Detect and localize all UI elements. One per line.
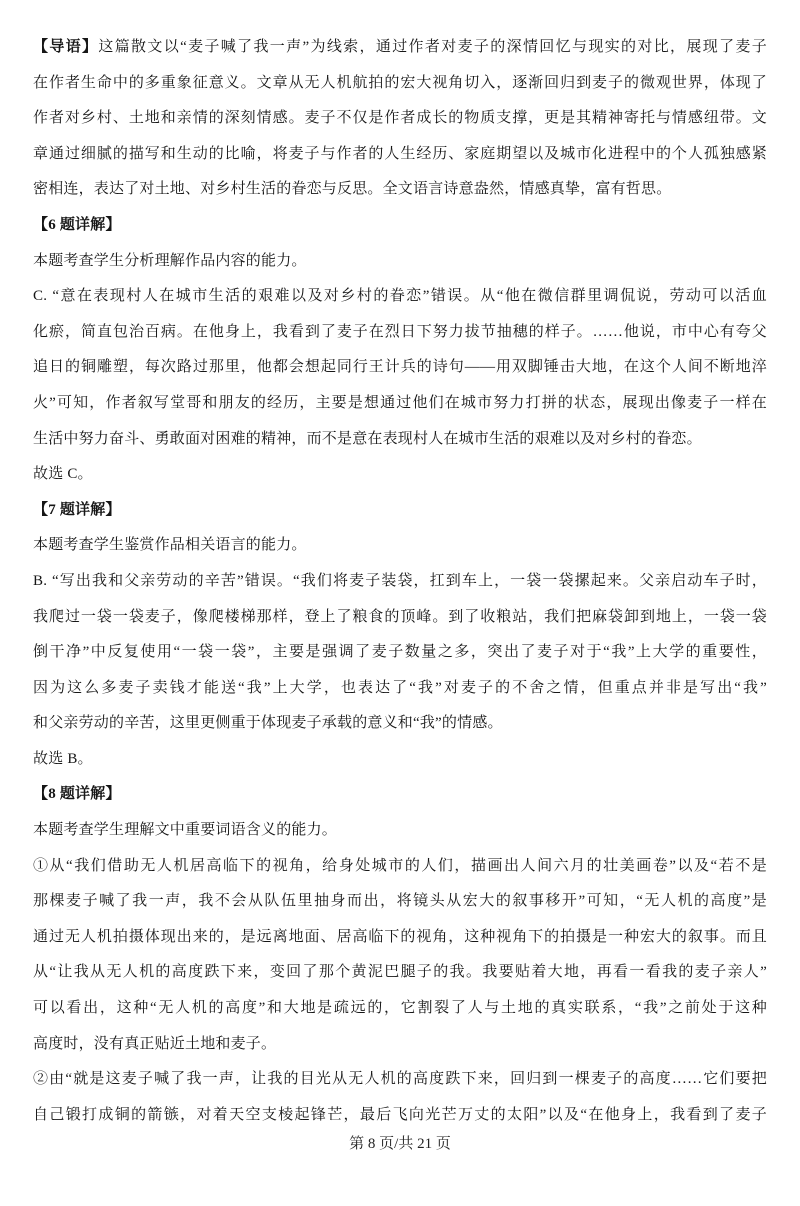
text-line: 从“让我从无人机的高度跌下来，变回了那个黄泥巴腿子的我。我要贴着大地，再看一看我… — [33, 955, 767, 991]
text-line: 故选 C。 — [33, 457, 767, 493]
text-line: 可以看出，这种“无人机的高度”和大地是疏远的，它割裂了人与土地的真实联系，“我”… — [33, 991, 767, 1027]
text-line: 高度时，没有真正贴近土地和麦子。 — [33, 1027, 767, 1063]
paragraph-q7-ability: 本题考查学生鉴赏作品相关语言的能力。 — [33, 528, 767, 564]
text-line: 生活中努力奋斗、勇敢面对困难的精神，而不是意在表现村人在城市生活的艰难以及对乡村… — [33, 422, 767, 458]
paragraph-q7-analysis: B. “写出我和父亲劳动的辛苦”错误。“我们将麦子装袋，扛到车上，一袋一袋摞起来… — [33, 564, 767, 742]
text-line: 【7 题详解】 — [33, 493, 767, 529]
text-line: 倒干净”中反复使用“一袋一袋”，主要是强调了麦子数量之多，突出了麦子对于“我”上… — [33, 635, 767, 671]
text-line: ②由“就是这麦子喊了我一声，让我的目光从无人机的高度跌下来，回归到一棵麦子的高度… — [33, 1062, 767, 1098]
paragraph-q6-heading: 【6 题详解】 — [33, 208, 767, 244]
text-line: 和父亲劳动的辛苦，这里更侧重于体现麦子承载的意义和“我”的情感。 — [33, 706, 767, 742]
paragraph-q7-answer: 故选 B。 — [33, 742, 767, 778]
paragraph-q8-point2: ②由“就是这麦子喊了我一声，让我的目光从无人机的高度跌下来，回归到一棵麦子的高度… — [33, 1062, 767, 1133]
text-line: 作者对乡村、土地和亲情的深刻情感。麦子不仅是作者成长的物质支撑，更是其精神寄托与… — [33, 101, 767, 137]
text-line: 追日的铜雕塑，每次路过那里，他都会想起同行王计兵的诗句——用双脚锤击大地，在这个… — [33, 350, 767, 386]
text-line: 本题考查学生鉴赏作品相关语言的能力。 — [33, 528, 767, 564]
text-line: 自己锻打成铜的箭镞，对着天空支棱起锋芒，最后飞向光芒万丈的太阳”以及“在他身上，… — [33, 1098, 767, 1134]
page-content: 【导语】这篇散文以“麦子喊了我一声”为线索，通过作者对麦子的深情回忆与现实的对比… — [33, 30, 767, 1133]
text-line: 密相连，表达了对土地、对乡村生活的眷恋与反思。全文语言诗意盎然，情感真挚，富有哲… — [33, 172, 767, 208]
paragraph-q8-ability: 本题考查学生理解文中重要词语含义的能力。 — [33, 813, 767, 849]
text-line: 通过无人机拍摄体现出来的，是远离地面、居高临下的视角，这种视角下的拍摄是一种宏大… — [33, 920, 767, 956]
paragraph-q8-point1: ①从“我们借助无人机居高临下的视角，给身处城市的人们，描画出人间六月的壮美画卷”… — [33, 849, 767, 1063]
text-line: ①从“我们借助无人机居高临下的视角，给身处城市的人们，描画出人间六月的壮美画卷”… — [33, 849, 767, 885]
text-line: 章通过细腻的描写和生动的比喻，将麦子与作者的人生经历、家庭期望以及城市化进程中的… — [33, 137, 767, 173]
text-line: 本题考查学生分析理解作品内容的能力。 — [33, 244, 767, 280]
text-line: 化瘀，简直包治百病。在他身上，我看到了麦子在烈日下努力拔节抽穗的样子。……他说，… — [33, 315, 767, 351]
text-line: C. “意在表现村人在城市生活的艰难以及对乡村的眷恋”错误。从“他在微信群里调侃… — [33, 279, 767, 315]
text-line: 【导语】这篇散文以“麦子喊了我一声”为线索，通过作者对麦子的深情回忆与现实的对比… — [33, 30, 767, 66]
paragraph-q7-heading: 【7 题详解】 — [33, 493, 767, 529]
text-line: 因为这么多麦子卖钱才能送“我”上大学，也表达了“我”对麦子的不舍之情，但重点并非… — [33, 671, 767, 707]
text-line: 本题考查学生理解文中重要词语含义的能力。 — [33, 813, 767, 849]
document-page: 【导语】这篇散文以“麦子喊了我一声”为线索，通过作者对麦子的深情回忆与现实的对比… — [0, 0, 800, 1206]
paragraph-q6-analysis: C. “意在表现村人在城市生活的艰难以及对乡村的眷恋”错误。从“他在微信群里调侃… — [33, 279, 767, 457]
paragraph-intro: 【导语】这篇散文以“麦子喊了我一声”为线索，通过作者对麦子的深情回忆与现实的对比… — [33, 30, 767, 208]
text-line: 【8 题详解】 — [33, 777, 767, 813]
text-line: 在作者生命中的多重象征意义。文章从无人机航拍的宏大视角切入，逐渐回归到麦子的微观… — [33, 66, 767, 102]
text-line: B. “写出我和父亲劳动的辛苦”错误。“我们将麦子装袋，扛到车上，一袋一袋摞起来… — [33, 564, 767, 600]
text-line: 那棵麦子喊了我一声，我不会从队伍里抽身而出，将镜头从宏大的叙事移开”可知，“无人… — [33, 884, 767, 920]
text-line: 火”可知，作者叙写堂哥和朋友的经历，主要是想通过他们在城市努力打拼的状态，展现出… — [33, 386, 767, 422]
paragraph-q6-ability: 本题考查学生分析理解作品内容的能力。 — [33, 244, 767, 280]
text-line: 我爬过一袋一袋麦子，像爬楼梯那样，登上了粮食的顶峰。到了收粮站，我们把麻袋卸到地… — [33, 600, 767, 636]
lead-label: 【导语】 — [33, 39, 98, 55]
text-line: 故选 B。 — [33, 742, 767, 778]
paragraph-q8-heading: 【8 题详解】 — [33, 777, 767, 813]
text-line: 【6 题详解】 — [33, 208, 767, 244]
paragraph-q6-answer: 故选 C。 — [33, 457, 767, 493]
page-number-footer: 第 8 页/共 21 页 — [0, 1133, 800, 1155]
